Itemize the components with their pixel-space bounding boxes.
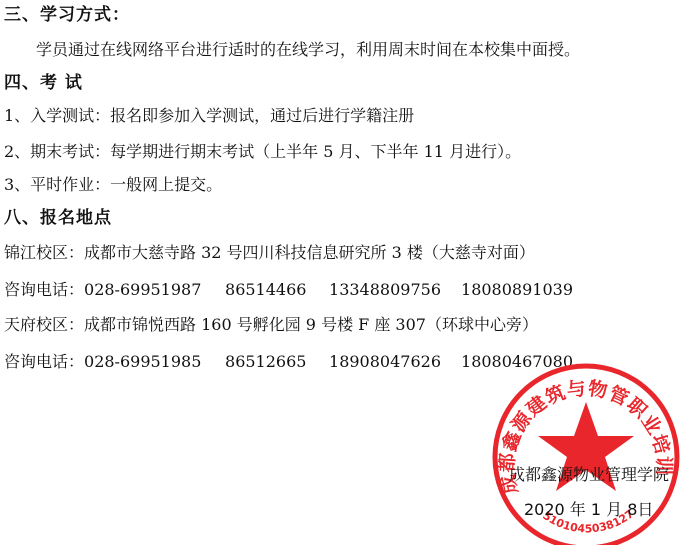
section-3-body: 学员通过在线网络平台进行适时的在线学习，利用周末时间在本校集中面授。 <box>36 40 580 60</box>
phone-number: 18080891039 <box>461 280 573 300</box>
exam-item-1: 1、入学测试：报名即参加入学测试，通过后进行学籍注册 <box>4 106 414 126</box>
section-8-heading: 八、报名地点 <box>4 208 112 228</box>
tianfu-address: 天府校区：成都市锦悦西路 160 号孵化园 9 号楼 F 座 307（环球中心旁… <box>4 315 538 335</box>
phone-number: 86514466 <box>225 280 329 300</box>
signature-date: 2020 年 1 月 8日 <box>524 497 653 520</box>
phone-number: 86512665 <box>225 352 329 372</box>
phone-number: 13348809756 <box>329 280 461 300</box>
phone-label: 咨询电话： <box>4 280 84 300</box>
phone-number: 028-69951987 <box>84 280 225 300</box>
signature-organization: 成都鑫源物业管理学院 <box>509 462 669 485</box>
section-3-heading: 三、学习方式： <box>4 5 130 25</box>
exam-item-3: 3、平时作业：一般网上提交。 <box>4 175 222 195</box>
jinjiang-address: 锦江校区：成都市大慈寺路 32 号四川科技信息研究所 3 楼（大慈寺对面） <box>4 243 535 263</box>
jinjiang-phones: 咨询电话：028-6995198786514466133488097561808… <box>4 280 573 300</box>
phone-label: 咨询电话： <box>4 352 84 372</box>
section-4-heading: 四、考 试 <box>4 73 83 93</box>
phone-number: 18908047626 <box>329 352 461 372</box>
exam-item-2: 2、期末考试：每学期进行期末考试（上半年 5 月、下半年 11 月进行）。 <box>4 142 521 162</box>
phone-number: 028-69951985 <box>84 352 225 372</box>
